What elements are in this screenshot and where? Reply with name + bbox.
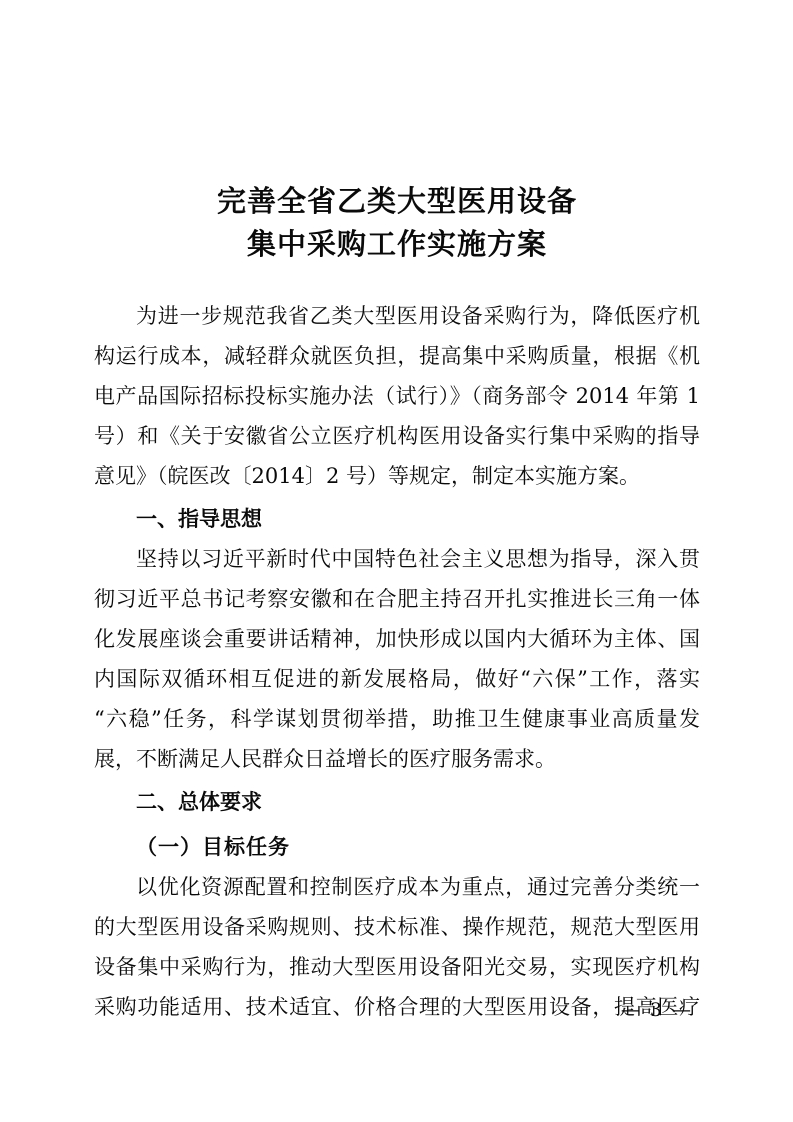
text-line: 展，不断满足人民群众日益增长的医疗服务需求。 (94, 739, 700, 779)
paragraph: 以优化资源配置和控制医疗成本为重点，通过完善分类统一的大型医用设备采购规则、技术… (94, 867, 700, 1027)
section-heading: 一、指导思想 (94, 499, 700, 539)
text-line: 设备集中采购行为，推动大型医用设备阳光交易，实现医疗机构 (94, 947, 700, 987)
document-blocks: 为进一步规范我省乙类大型医用设备采购行为，降低医疗机构运行成本，减轻群众就医负担… (94, 296, 700, 1027)
section-heading: 二、总体要求 (94, 782, 700, 822)
paragraph: 为进一步规范我省乙类大型医用设备采购行为，降低医疗机构运行成本，减轻群众就医负担… (94, 296, 700, 496)
text-line: 彻习近平总书记考察安徽和在合肥主持召开扎实推进长三角一体 (94, 579, 700, 619)
document-title-line-1: 完善全省乙类大型医用设备 (94, 180, 700, 223)
page-number: — 3 — (621, 995, 693, 1025)
text-line: 内国际双循环相互促进的新发展格局，做好“六保”工作，落实 (94, 659, 700, 699)
text-line: 电产品国际招标投标实施办法（试行）》（商务部令 2014 年第 1 (94, 376, 700, 416)
text-line: 坚持以习近平新时代中国特色社会主义思想为指导，深入贯 (94, 539, 700, 579)
subsection-heading: （一）目标任务 (94, 827, 700, 867)
text-line: 采购功能适用、技术适宜、价格合理的大型医用设备，提高医疗 (94, 987, 700, 1027)
text-line: 以优化资源配置和控制医疗成本为重点，通过完善分类统一 (94, 867, 700, 907)
document-page: 完善全省乙类大型医用设备 集中采购工作实施方案 为进一步规范我省乙类大型医用设备… (0, 0, 793, 1122)
text-line: 化发展座谈会重要讲话精神，加快形成以国内大循环为主体、国 (94, 619, 700, 659)
text-line: “六稳”任务，科学谋划贯彻举措，助推卫生健康事业高质量发 (94, 699, 700, 739)
text-line: 意见》（皖医改〔2014〕2 号）等规定，制定本实施方案。 (94, 456, 700, 496)
paragraph: 坚持以习近平新时代中国特色社会主义思想为指导，深入贯彻习近平总书记考察安徽和在合… (94, 539, 700, 779)
text-line: 为进一步规范我省乙类大型医用设备采购行为，降低医疗机 (94, 296, 700, 336)
document-content: 完善全省乙类大型医用设备 集中采购工作实施方案 为进一步规范我省乙类大型医用设备… (94, 0, 700, 1027)
document-title: 完善全省乙类大型医用设备 集中采购工作实施方案 (94, 180, 700, 266)
text-line: 的大型医用设备采购规则、技术标准、操作规范，规范大型医用 (94, 907, 700, 947)
text-line: 构运行成本，减轻群众就医负担，提高集中采购质量，根据《机 (94, 336, 700, 376)
document-title-line-2: 集中采购工作实施方案 (94, 223, 700, 266)
text-line: 号）和《关于安徽省公立医疗机构医用设备实行集中采购的指导 (94, 416, 700, 456)
